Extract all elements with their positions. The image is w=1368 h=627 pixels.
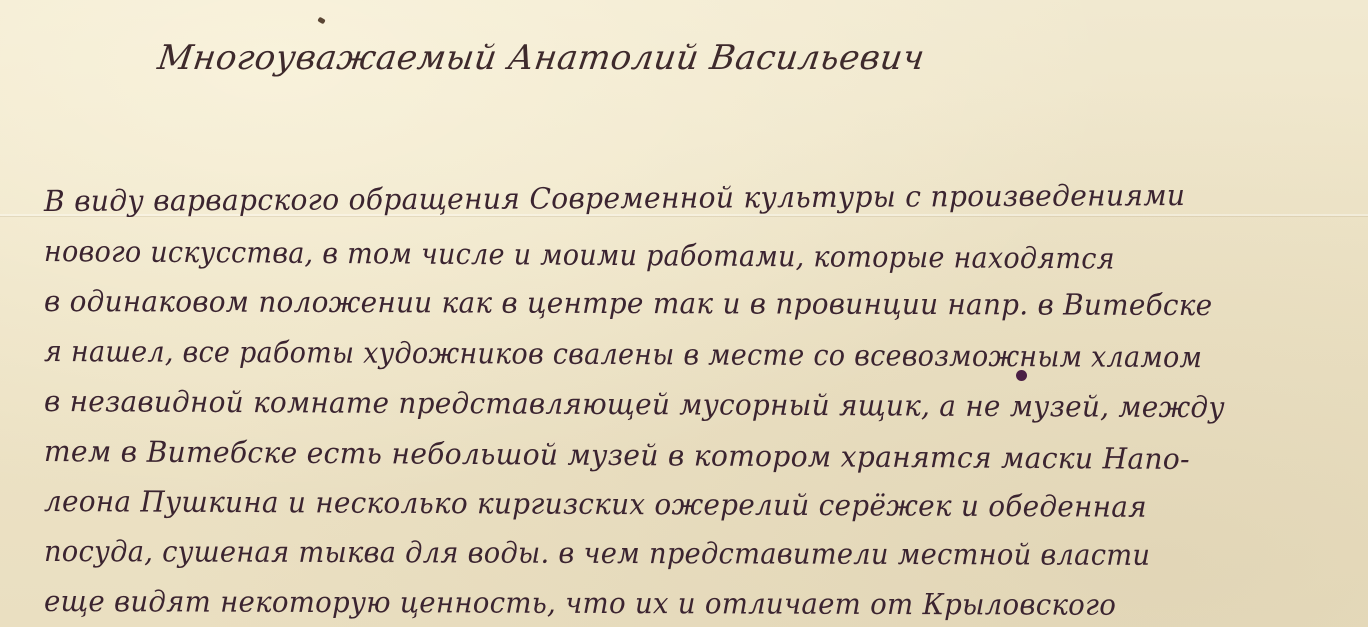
ink-blot (1016, 370, 1027, 381)
letter-page: Многоуважаемый Анатолий Васильевич В вид… (0, 0, 1368, 627)
letter-line: леона Пушкина и несколько киргизских оже… (44, 476, 1302, 533)
letter-body: В виду варварского обращения Современной… (44, 176, 1354, 626)
letter-line: в одинаковом положении как в центре так … (44, 276, 1302, 330)
letter-salutation: Многоуважаемый Анатолий Васильевич (155, 38, 927, 78)
letter-line: посуда, сушеная тыква для воды. в чем пр… (44, 526, 1276, 580)
letter-line: я нашел, все работы художников свалены в… (44, 326, 1263, 382)
letter-line: В виду варварского обращения Современной… (44, 169, 1315, 226)
letter-line: еще видят некоторую ценность, что их и о… (44, 576, 1289, 627)
paper-speck (317, 17, 326, 25)
letter-line: в незавидной комнате представляющей мусо… (44, 376, 1302, 433)
